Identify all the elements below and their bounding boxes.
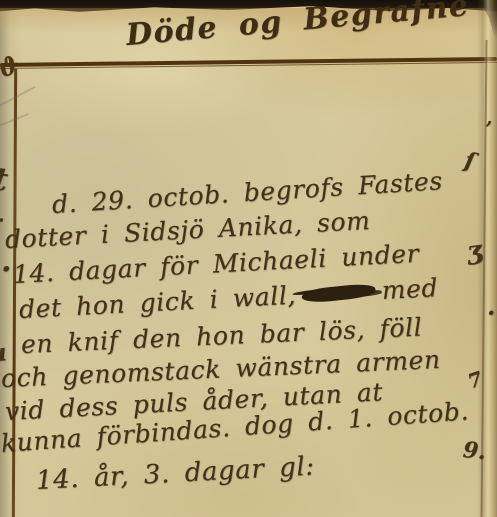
left-edge-ink-mark: t (0, 159, 10, 199)
ink-blot-struck-word (301, 282, 376, 304)
left-edge-ink-mark: – (0, 204, 4, 234)
right-edge-ink-mark: , (486, 108, 492, 129)
horizontal-rule (0, 57, 497, 70)
manuscript-line: 14. år, 3. dagar gl: (35, 451, 315, 496)
right-edge-ink-mark: · (487, 298, 495, 327)
left-edge-ink-mark: u (0, 337, 8, 368)
left-edge-ink-mark: · (1, 252, 11, 287)
line-text-after-blot: med (381, 273, 439, 305)
right-edge-ink-mark: ſ (462, 147, 477, 174)
manuscript-line: d. 29. octob. begrofs Fastes (51, 166, 443, 219)
right-edge-ink-mark: 9. (462, 437, 488, 465)
line-text-before-blot: det hon gick i wall, (18, 281, 296, 324)
manuscript-page: Döde og Begrafne 157. ϑ d. 29. octob. be… (0, 0, 497, 517)
ink-bleedthrough-mark (0, 86, 36, 108)
rule-end-flourish: ϑ (0, 50, 22, 84)
